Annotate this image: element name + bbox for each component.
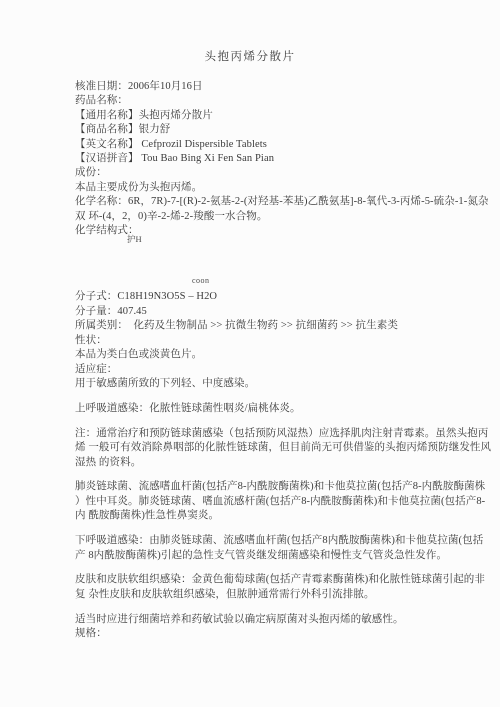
document-line: 本品为类白色或淡黄色片。 (75, 348, 445, 362)
document-line: 化学名称：6R，7R)-7-[(R)-2-氨基-2-(对羟基-苯基)乙酰氨基]-… (75, 195, 445, 209)
document-line: 【汉语拼音】 Tou Bao Bing Xi Fen San Pian (75, 152, 445, 166)
paragraph-gap (75, 524, 445, 535)
document-line: 适当时应进行细菌培养和药敏试验以确定病原菌对头抱丙烯的敏感性。 (75, 613, 445, 627)
structure-fragment-nh: 护H (127, 233, 142, 245)
document-line: 用于敏感菌所致的下列轻、中度感染。 (75, 377, 445, 391)
document-line: ）性中耳炎。肺炎链球菌、嗜血流感杆菌(包括产8-内酰胺酶菌株)和卡他莫拉菌(包括… (75, 495, 445, 509)
paragraph-gap (75, 391, 445, 402)
document-line: 本品主要成份为头抱丙烯。 (75, 181, 445, 195)
document-line: 成份： (75, 166, 445, 180)
paragraph-gap (75, 470, 445, 481)
document-line: 复 杂性皮肤和皮肤软组织感染，但脓肿通常需行外科引流排脓。 (75, 588, 445, 602)
document-line: 规格： (75, 627, 445, 641)
document-line: 【商品名称】银力舒 (75, 123, 445, 137)
document-line: 【英文名称】 Cefprozil Dispersible Tablets (75, 138, 445, 152)
document-line: 所属类别： 化药及生物制品 >> 抗微生物药 >> 抗细菌药 >> 抗生素类 (75, 319, 445, 333)
document-line: 皮肤和皮肤软组织感染：金黄色葡萄球菌(包括产青霉素酶菌株)和化脓性链球菌引起的非 (75, 573, 445, 587)
document-page: 头抱丙烯分散片 核准日期：2006年10月16日药品名称：【通用名称】头抱丙烯分… (0, 0, 500, 707)
document-title: 头抱丙烯分散片 (0, 0, 500, 64)
document-line: 下呼吸道感染：由肺炎链球菌、流感嗜血杆菌(包括产8内酰胺酶菌株)和卡他莫拉菌(包… (75, 534, 445, 548)
paragraph-gap (75, 602, 445, 613)
structure-fragment-cooh: coon (192, 276, 210, 285)
document-line: 【通用名称】头抱丙烯分散片 (75, 109, 445, 123)
document-line: 适应症： (75, 363, 445, 377)
document-line: 产 8内酰胺酶菌株)引起的急性支气管炎继发细菌感染和慢性支气管炎急性发作。 (75, 549, 445, 563)
document-line: 内 酰胺酶菌株)性急性鼻窦炎。 (75, 509, 445, 523)
document-line: 湿热 的资料。 (75, 456, 445, 470)
paragraph-gap (75, 416, 445, 427)
document-line: 核准日期：2006年10月16日 (75, 80, 445, 94)
document-line: 肺炎链球菌、流感嗜血杆菌(包括产8-内酰胺酶菌株)和卡他莫拉菌(包括产8-内酰胺… (75, 480, 445, 494)
document-line: 性状： (75, 334, 445, 348)
document-line: 药品名称： (75, 94, 445, 108)
document-line: 双 环-(4，2，0)辛-2-烯-2-羧酸一水合物。 (75, 210, 445, 224)
document-line: 烯 一般可有效消除鼻咽部的化脓性链球菌，但目前尚无可供借鉴的头抱丙烯预防继发性风 (75, 441, 445, 455)
document-line: 注：通常治疗和预防链球菌感染（包括预防风湿热）应选择肌肉注射青霉素。虽然头抱丙 (75, 427, 445, 441)
chemical-structure-area: 护Hcoon (75, 238, 445, 290)
document-body: 核准日期：2006年10月16日药品名称：【通用名称】头抱丙烯分散片【商品名称】… (75, 80, 445, 642)
paragraph-gap (75, 563, 445, 574)
document-line: 上呼吸道感染：化脓性链球菌性咽炎/扁桃体炎。 (75, 402, 445, 416)
document-line: 分子式：C18H19N3O5S – H2O (75, 290, 445, 304)
document-line: 分子量：407.45 (75, 305, 445, 319)
